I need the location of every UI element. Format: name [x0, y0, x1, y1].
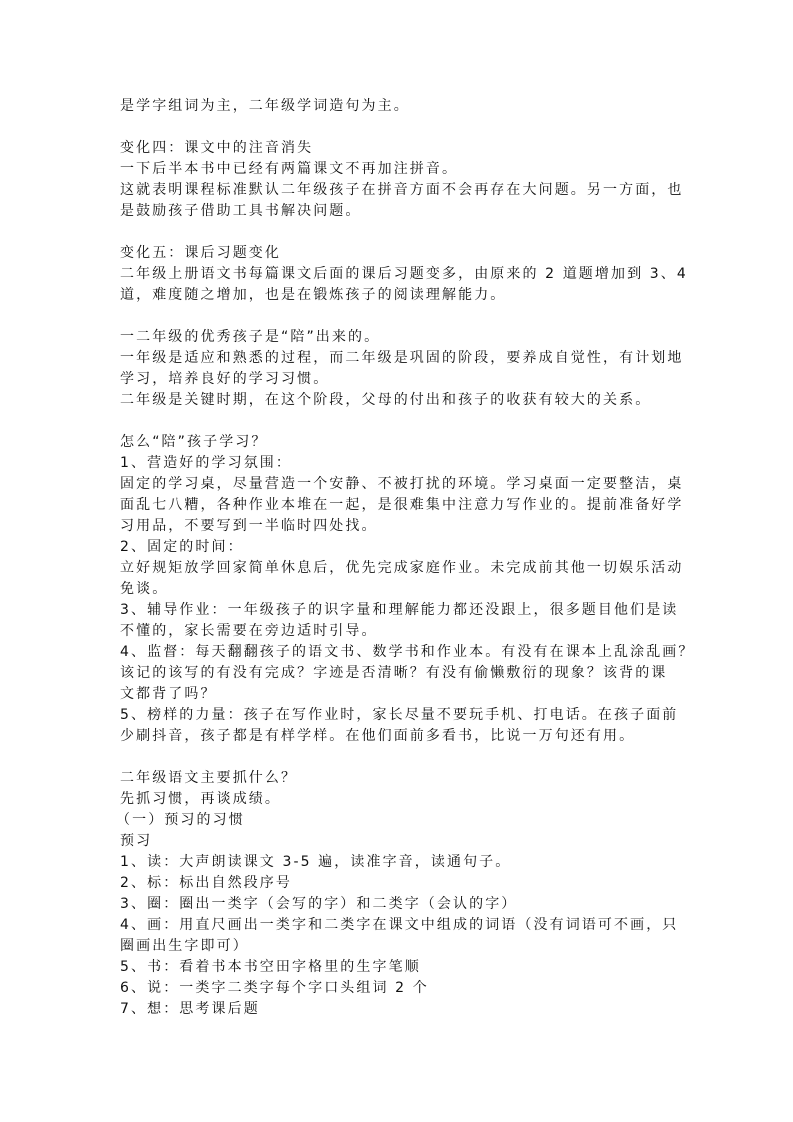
text-line: 一年级是适应和熟悉的过程，而二年级是巩固的阶段，要养成自觉性，有计划地	[120, 348, 676, 369]
list-item: 6、说：一类字二类字每个字口头组词 2 个	[120, 978, 676, 999]
text-line: 二年级上册语文书每篇课文后面的课后习题变多，由原来的 2 道题增加到 3、4	[120, 264, 676, 285]
section-heading-what-to-focus: 二年级语文主要抓什么？	[120, 768, 676, 789]
list-item: 4、监督：每天翻翻孩子的语文书、数学书和作业本。有没有在课本上乱涂乱画？	[120, 642, 676, 663]
list-item-heading: 2、固定的时间：	[120, 537, 676, 558]
text-line: 是鼓励孩子借助工具书解决问题。	[120, 201, 676, 222]
list-item: 7、想：思考课后题	[120, 999, 676, 1020]
blank-line	[120, 117, 676, 138]
blank-line	[120, 306, 676, 327]
blank-line	[120, 222, 676, 243]
list-item: 2、标：标出自然段序号	[120, 873, 676, 894]
list-item: 3、辅导作业：一年级孩子的识字量和理解能力都还没跟上，很多题目他们是读	[120, 600, 676, 621]
section-heading-accompany: 一二年级的优秀孩子是“陪”出来的。	[120, 327, 676, 348]
text-line: 先抓习惯，再谈成绩。	[120, 789, 676, 810]
blank-line	[120, 747, 676, 768]
text-line: 免谈。	[120, 579, 676, 600]
text-line: 学习，培养良好的学习习惯。	[120, 369, 676, 390]
list-item: 5、书：看着书本书空田字格里的生字笔顺	[120, 957, 676, 978]
list-item: 4、画：用直尺画出一类字和二类字在课文中组成的词语（没有词语可不画，只	[120, 915, 676, 936]
text-line: 不懂的，家长需要在旁边适时引导。	[120, 621, 676, 642]
text-line: 习用品，不要写到一半临时四处找。	[120, 516, 676, 537]
list-item: 3、圈：圈出一类字（会写的字）和二类字（会认的字）	[120, 894, 676, 915]
text-line: 该记的该写的有没有完成？字迹是否清晰？有没有偷懒敷衍的现象？该背的课	[120, 663, 676, 684]
text-line: 立好规矩放学回家简单休息后，优先完成家庭作业。未完成前其他一切娱乐活动	[120, 558, 676, 579]
list-item: 5、榜样的力量：孩子在写作业时，家长尽量不要玩手机、打电话。在孩子面前	[120, 705, 676, 726]
text-line: 这就表明课程标准默认二年级孩子在拼音方面不会再存在大问题。另一方面，也	[120, 180, 676, 201]
text-line: 面乱七八糟，各种作业本堆在一起，是很难集中注意力写作业的。提前准备好学	[120, 495, 676, 516]
document-page: 是学字组词为主，二年级学词造句为主。 变化四：课文中的注音消失 一下后半本书中已…	[120, 96, 676, 1020]
text-line: 文都背了吗？	[120, 684, 676, 705]
text-line: 固定的学习桌，尽量营造一个安静、不被打扰的环境。学习桌面一定要整洁，桌	[120, 474, 676, 495]
text-line: 少刷抖音，孩子都是有样学样。在他们面前多看书，比说一万句还有用。	[120, 726, 676, 747]
section-heading-change-four: 变化四：课文中的注音消失	[120, 138, 676, 159]
list-item: 1、读：大声朗读课文 3-5 遍，读准字音，读通句子。	[120, 852, 676, 873]
section-heading-how-to-accompany: 怎么“陪”孩子学习？	[120, 432, 676, 453]
blank-line	[120, 411, 676, 432]
text-line: 圈画出生字即可）	[120, 936, 676, 957]
section-heading-change-five: 变化五：课后习题变化	[120, 243, 676, 264]
text-line: 道，难度随之增加，也是在锻炼孩子的阅读理解能力。	[120, 285, 676, 306]
text-line: 一下后半本书中已经有两篇课文不再加注拼音。	[120, 159, 676, 180]
text-line: 二年级是关键时期，在这个阶段，父母的付出和孩子的收获有较大的关系。	[120, 390, 676, 411]
text-line: 预习	[120, 831, 676, 852]
list-item-heading: 1、营造好的学习氛围：	[120, 453, 676, 474]
subsection-heading: （一）预习的习惯	[116, 810, 676, 831]
text-line: 是学字组词为主，二年级学词造句为主。	[120, 96, 676, 117]
